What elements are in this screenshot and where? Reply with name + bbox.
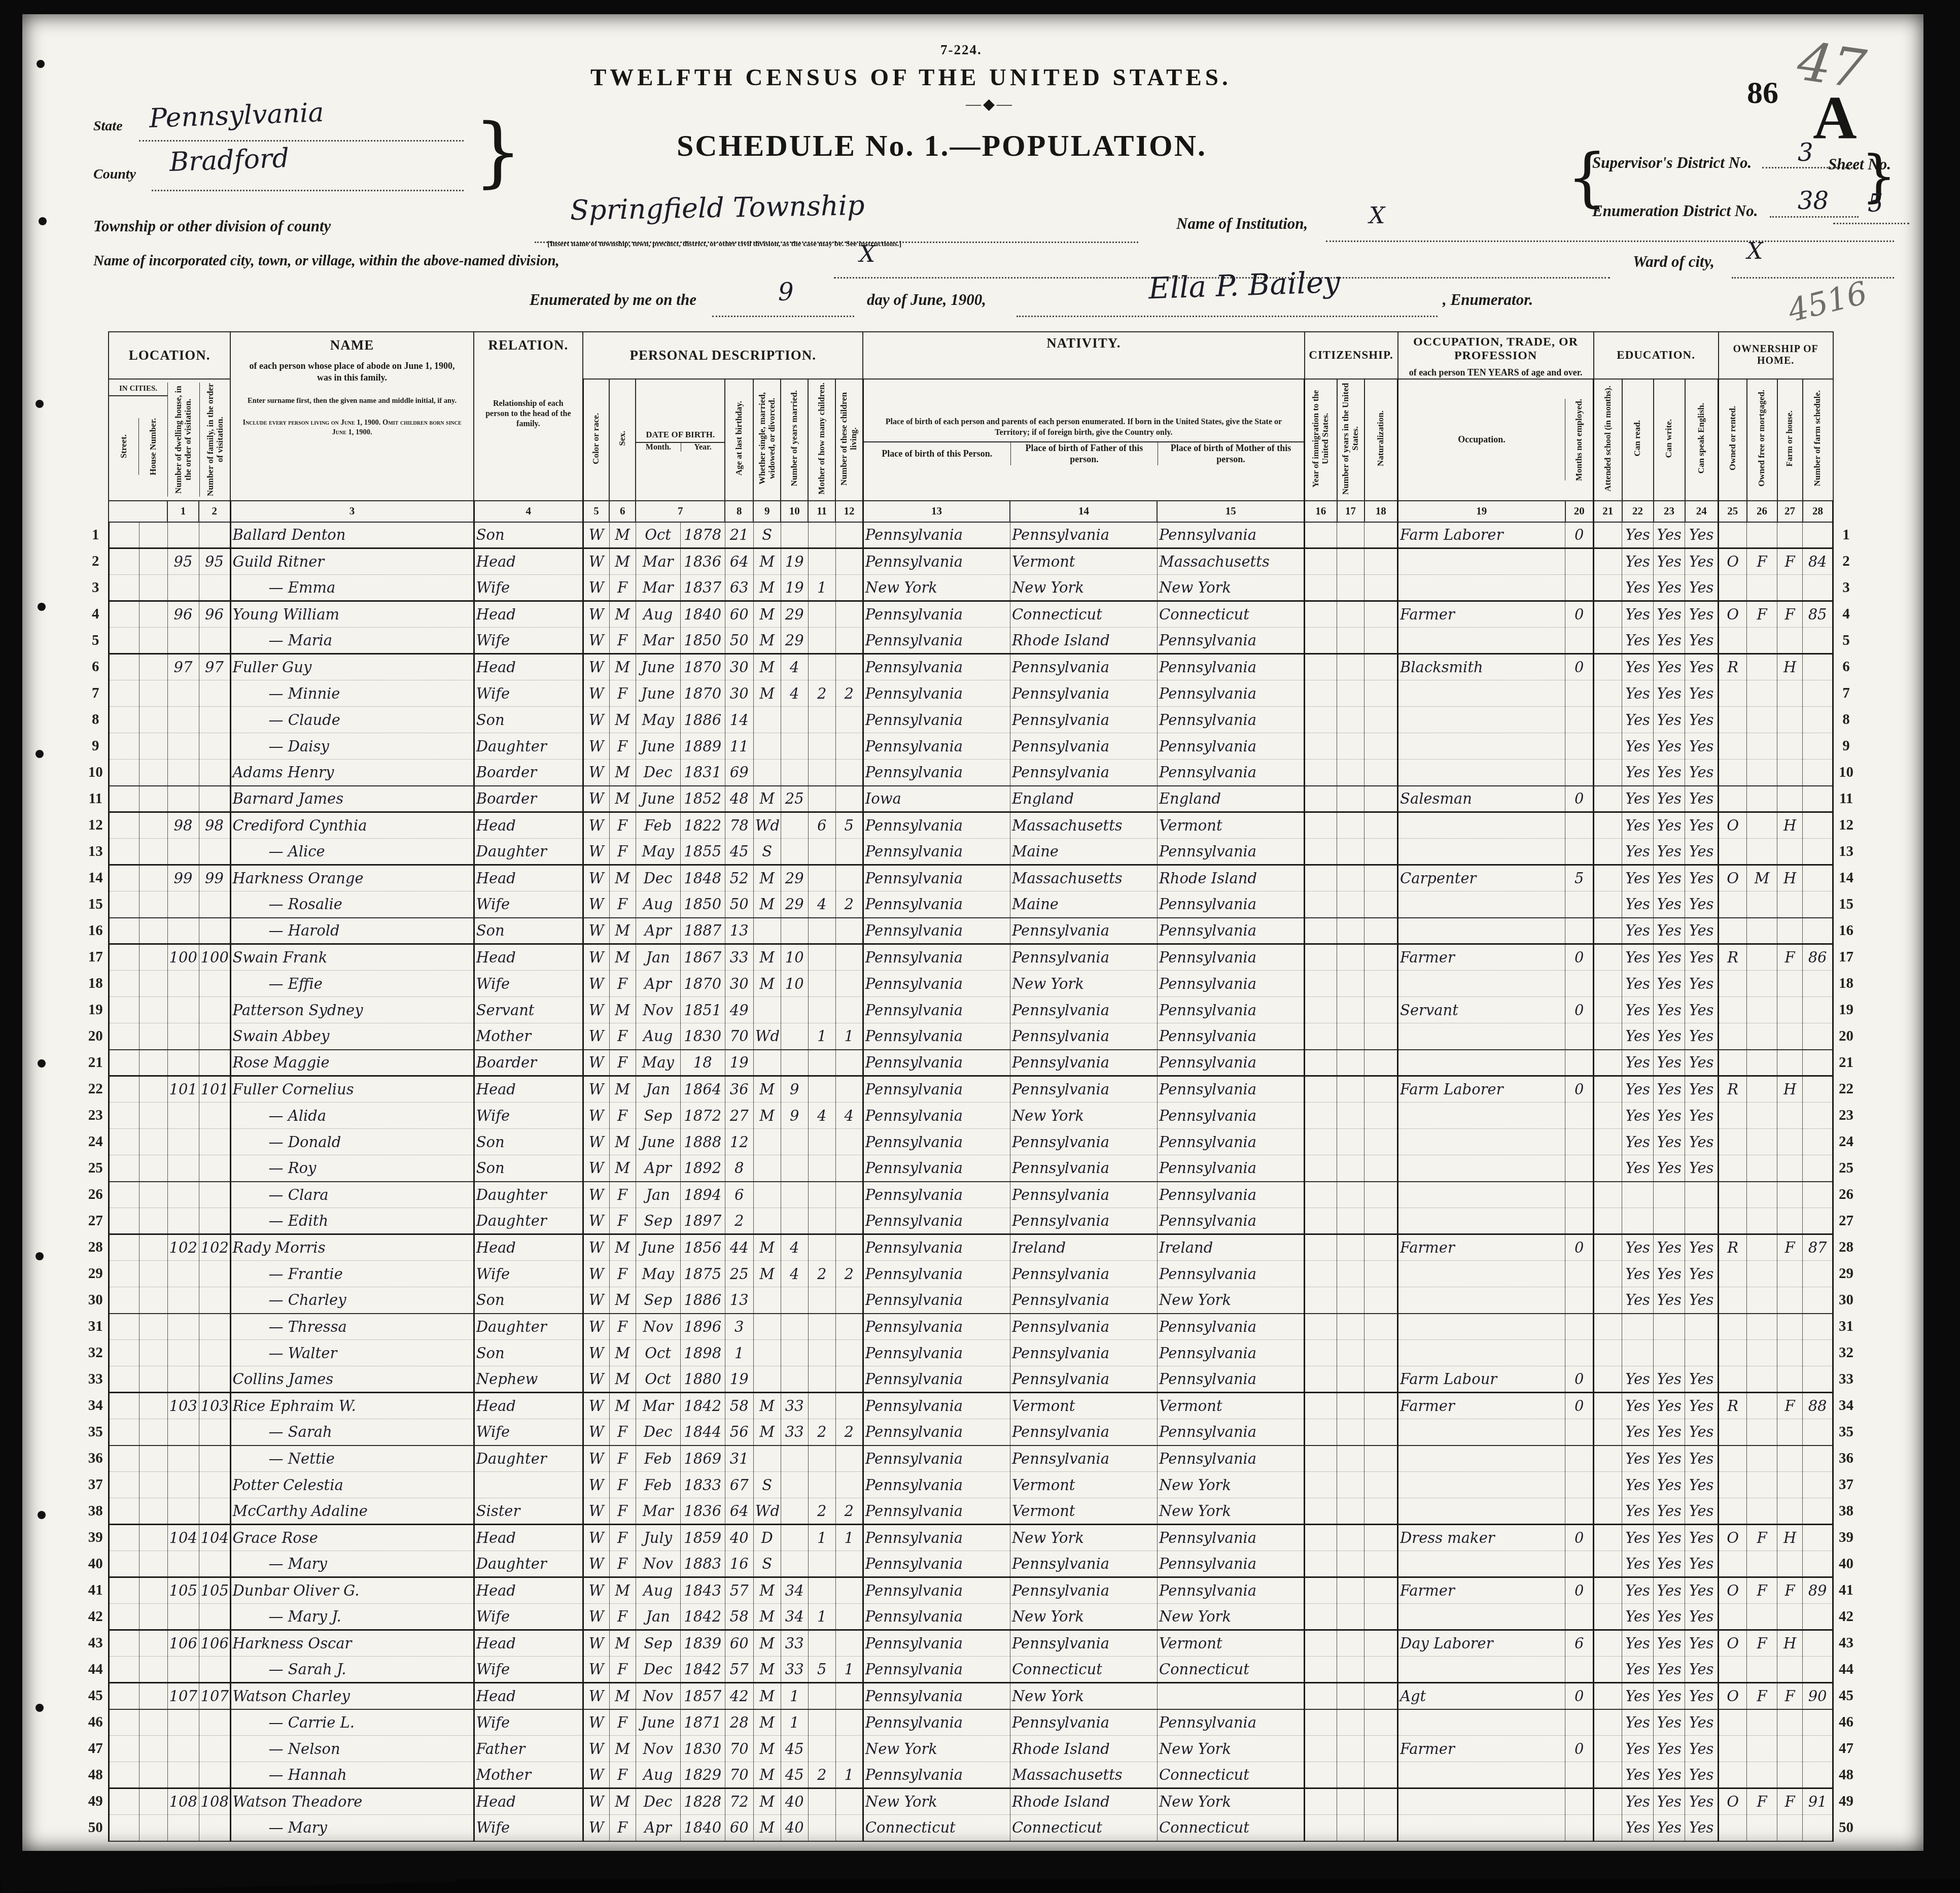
cell-children-living: [835, 1815, 863, 1841]
cell-family-number: [199, 1419, 230, 1445]
cell-mother-of-children: [808, 1340, 835, 1366]
cell-attended-school: [1594, 628, 1622, 654]
cell-birthplace-mother: New York: [1157, 1498, 1304, 1525]
cell-can-write: Yes: [1654, 971, 1685, 997]
row-number-left: 22: [83, 1076, 109, 1103]
cell-birthplace-person: Pennsylvania: [863, 1182, 1010, 1208]
cell-relation: Son: [474, 522, 583, 548]
cell-attended-school: [1594, 1287, 1622, 1314]
cell-street: [109, 1709, 139, 1736]
cell-owned-free-mortgaged: [1747, 786, 1777, 812]
cell-owned-free-mortgaged: F: [1747, 1788, 1777, 1815]
cell-children-living: [835, 1736, 863, 1762]
cell-birthplace-father: Connecticut: [1010, 1815, 1157, 1841]
cell-color: W: [583, 1577, 609, 1604]
cell-house-number: [139, 628, 167, 654]
cell-can-read: Yes: [1622, 786, 1654, 812]
cell-attended-school: [1594, 1815, 1622, 1841]
cell-owned-free-mortgaged: F: [1747, 601, 1777, 628]
cell-mother-of-children: [808, 865, 835, 891]
cell-house-number: [139, 944, 167, 971]
cell-owned-rented: [1719, 1261, 1747, 1287]
cell-can-write: Yes: [1654, 1788, 1685, 1815]
cell-dwelling-number: 96: [167, 601, 199, 628]
cell-months-not-employed: 0: [1565, 654, 1594, 680]
col-years-married: Number of years married.: [781, 379, 808, 501]
cell-age: 58: [725, 1393, 753, 1419]
cell-street: [109, 1815, 139, 1841]
cell-age: 64: [725, 548, 753, 575]
row-number-right: 11: [1833, 786, 1859, 812]
cell-birthplace-father: Pennsylvania: [1010, 1155, 1157, 1182]
cell-naturalization: [1364, 1419, 1398, 1445]
enumerator-name: Ella P. Bailey: [1148, 264, 1341, 305]
cell-birthplace-mother: Pennsylvania: [1157, 680, 1304, 707]
row-number-right: 36: [1833, 1445, 1859, 1472]
cell-house-number: [139, 1498, 167, 1525]
row-number-left: 17: [83, 944, 109, 971]
cell-marital-status: [753, 1314, 781, 1340]
cell-dwelling-number: [167, 1604, 199, 1630]
cell-can-speak-english: Yes: [1685, 548, 1719, 575]
cell-immigration-year: [1305, 865, 1337, 891]
cell-can-read: Yes: [1622, 997, 1654, 1023]
cell-years-married: 34: [781, 1577, 808, 1604]
cell-birthplace-person: Pennsylvania: [863, 865, 1010, 891]
dob-caption: DATE OF BIRTH.: [636, 428, 724, 443]
cell-birth-month: June: [636, 733, 680, 760]
cell-birthplace-mother: Pennsylvania: [1157, 971, 1304, 997]
cell-can-speak-english: Yes: [1685, 575, 1719, 601]
cell-months-not-employed: [1565, 971, 1594, 997]
cell-attended-school: [1594, 1551, 1622, 1577]
cell-months-not-employed: [1565, 1103, 1594, 1129]
cell-sex: M: [609, 522, 636, 548]
cell-age: 19: [725, 1050, 753, 1076]
cell-occupation: Dress maker: [1398, 1525, 1565, 1551]
cell-can-speak-english: Yes: [1685, 1683, 1719, 1709]
cell-house-number: [139, 1103, 167, 1129]
cell-mother-of-children: 2: [808, 680, 835, 707]
cell-birth-year: 1896: [680, 1314, 725, 1340]
cell-owned-rented: [1719, 1551, 1747, 1577]
cell-birthplace-father: Vermont: [1010, 548, 1157, 575]
cell-mother-of-children: 2: [808, 1419, 835, 1445]
cell-street: [109, 601, 139, 628]
row-number-left: 10: [83, 760, 109, 786]
cell-birthplace-person: New York: [863, 1788, 1010, 1815]
nativity-subheader: Place of birth of each person and parent…: [863, 379, 1304, 501]
row-number-left: 26: [83, 1182, 109, 1208]
row-number-right: 21: [1833, 1050, 1859, 1076]
cell-naturalization: [1364, 522, 1398, 548]
cell-birthplace-mother: Connecticut: [1157, 1815, 1304, 1841]
cell-farm-or-house: F: [1777, 1788, 1803, 1815]
cell-birthplace-person: Pennsylvania: [863, 1445, 1010, 1472]
cell-years-in-us: [1337, 1709, 1364, 1736]
cell-farm-schedule: [1803, 1182, 1833, 1208]
cell-can-write: [1654, 1314, 1685, 1340]
cell-can-speak-english: Yes: [1685, 944, 1719, 971]
cell-marital-status: [753, 1182, 781, 1208]
cell-naturalization: [1364, 1393, 1398, 1419]
row-number-left: 36: [83, 1445, 109, 1472]
cell-months-not-employed: 0: [1565, 1577, 1594, 1604]
cell-can-speak-english: Yes: [1685, 1050, 1719, 1076]
cell-can-speak-english: Yes: [1685, 1023, 1719, 1050]
cell-years-in-us: [1337, 1393, 1364, 1419]
cell-owned-free-mortgaged: [1747, 1604, 1777, 1630]
col-family-number: Number of family, in the order of visita…: [206, 383, 225, 497]
cell-can-write: Yes: [1654, 918, 1685, 944]
cell-children-living: 2: [835, 1498, 863, 1525]
cell-years-married: [781, 1525, 808, 1551]
cell-naturalization: [1364, 1657, 1398, 1683]
cell-house-number: [139, 1076, 167, 1103]
cell-mother-of-children: [808, 1076, 835, 1103]
cell-children-living: [835, 997, 863, 1023]
cell-age: 2: [725, 1208, 753, 1234]
cell-immigration-year: [1305, 1762, 1337, 1788]
cell-occupation: [1398, 680, 1565, 707]
cell-can-write: Yes: [1654, 628, 1685, 654]
row-number-right: 2: [1833, 548, 1859, 575]
cell-children-living: [835, 601, 863, 628]
cell-marital-status: M: [753, 1762, 781, 1788]
occupation-subheader: Occupation. Months not employed.: [1398, 379, 1594, 501]
cell-birthplace-mother: Pennsylvania: [1157, 1050, 1304, 1076]
cell-birth-month: May: [636, 1050, 680, 1076]
row-number-left: 32: [83, 1340, 109, 1366]
cell-color: W: [583, 865, 609, 891]
group-location: LOCATION.: [109, 332, 230, 379]
row-number-left: 46: [83, 1709, 109, 1736]
cell-can-write: Yes: [1654, 680, 1685, 707]
cell-birth-month: Dec: [636, 1657, 680, 1683]
cell-months-not-employed: [1565, 1314, 1594, 1340]
cell-dwelling-number: [167, 1445, 199, 1472]
cell-name: Collins James: [230, 1366, 474, 1393]
cell-birthplace-father: Maine: [1010, 839, 1157, 865]
cell-relation: Daughter: [474, 1208, 583, 1234]
cell-owned-free-mortgaged: [1747, 654, 1777, 680]
punch-hole: [36, 1704, 44, 1712]
cell-attended-school: [1594, 971, 1622, 997]
cell-owned-rented: [1719, 918, 1747, 944]
cell-birthplace-father: Connecticut: [1010, 1657, 1157, 1683]
cell-street: [109, 1762, 139, 1788]
cell-family-number: [199, 786, 230, 812]
cell-birthplace-person: Pennsylvania: [863, 1762, 1010, 1788]
cell-immigration-year: [1305, 1287, 1337, 1314]
ward-line: [1732, 269, 1894, 279]
cell-marital-status: S: [753, 1472, 781, 1498]
cell-house-number: [139, 812, 167, 839]
cell-house-number: [139, 760, 167, 786]
cell-years-married: [781, 1551, 808, 1577]
cell-farm-or-house: [1777, 575, 1803, 601]
cell-attended-school: [1594, 1736, 1622, 1762]
cell-attended-school: [1594, 918, 1622, 944]
cell-years-in-us: [1337, 1657, 1364, 1683]
cell-months-not-employed: [1565, 1815, 1594, 1841]
cell-farm-schedule: 85: [1803, 601, 1833, 628]
cell-age: 52: [725, 865, 753, 891]
cell-years-married: [781, 522, 808, 548]
cell-farm-or-house: [1777, 522, 1803, 548]
cell-immigration-year: [1305, 1630, 1337, 1657]
row-number-left: 14: [83, 865, 109, 891]
cell-street: [109, 839, 139, 865]
row-number-left: 16: [83, 918, 109, 944]
cell-months-not-employed: 0: [1565, 522, 1594, 548]
cell-can-write: Yes: [1654, 1393, 1685, 1419]
cell-street: [109, 1103, 139, 1129]
cell-marital-status: [753, 1445, 781, 1472]
cell-farm-or-house: [1777, 707, 1803, 733]
cell-years-married: 33: [781, 1419, 808, 1445]
cell-birth-month: Aug: [636, 1577, 680, 1604]
colnum: 12: [835, 501, 863, 522]
cell-family-number: 97: [199, 654, 230, 680]
enumerated-day-line: [712, 307, 854, 317]
cell-sex: M: [609, 1577, 636, 1604]
cell-street: [109, 1182, 139, 1208]
row-number-left: 19: [83, 997, 109, 1023]
cell-mother-of-children: [808, 1234, 835, 1261]
cell-can-read: [1622, 1182, 1654, 1208]
cell-owned-free-mortgaged: [1747, 1366, 1777, 1393]
cell-can-write: Yes: [1654, 1366, 1685, 1393]
cell-children-living: [835, 1129, 863, 1155]
cell-birthplace-father: Pennsylvania: [1010, 1445, 1157, 1472]
scan-edge-top: [0, 0, 1960, 15]
cell-immigration-year: [1305, 1551, 1337, 1577]
cell-house-number: [139, 654, 167, 680]
cell-farm-or-house: [1777, 1366, 1803, 1393]
cell-birthplace-person: Pennsylvania: [863, 601, 1010, 628]
cell-marital-status: Wd: [753, 1498, 781, 1525]
cell-children-living: 1: [835, 1762, 863, 1788]
cell-occupation: Carpenter: [1398, 865, 1565, 891]
cell-can-speak-english: Yes: [1685, 1103, 1719, 1129]
cell-can-write: Yes: [1654, 707, 1685, 733]
cell-can-speak-english: Yes: [1685, 1551, 1719, 1577]
cell-owned-free-mortgaged: [1747, 522, 1777, 548]
cell-birthplace-mother: Vermont: [1157, 1393, 1304, 1419]
cell-owned-rented: O: [1719, 601, 1747, 628]
cell-farm-schedule: 89: [1803, 1577, 1833, 1604]
row-number-left: 50: [83, 1815, 109, 1841]
cell-attended-school: [1594, 707, 1622, 733]
census-scan-page: { "header": { "form_no": "7-224.", "cens…: [0, 0, 1960, 1879]
cell-sex: F: [609, 1762, 636, 1788]
cell-years-in-us: [1337, 601, 1364, 628]
cell-dwelling-number: [167, 707, 199, 733]
cell-street: [109, 654, 139, 680]
row-number-right: 46: [1833, 1709, 1859, 1736]
cell-street: [109, 1050, 139, 1076]
cell-months-not-employed: [1565, 680, 1594, 707]
cell-mother-of-children: [808, 1129, 835, 1155]
cell-house-number: [139, 680, 167, 707]
cell-birth-year: 1859: [680, 1525, 725, 1551]
cell-naturalization: [1364, 733, 1398, 760]
cell-dwelling-number: 95: [167, 548, 199, 575]
group-ownership: OWNERSHIP OF HOME.: [1719, 332, 1833, 379]
cell-farm-or-house: [1777, 680, 1803, 707]
group-occupation: OCCUPATION, TRADE, OR PROFESSION of each…: [1398, 332, 1594, 379]
cell-naturalization: [1364, 1604, 1398, 1630]
cell-sex: M: [609, 918, 636, 944]
cell-mother-of-children: [808, 1683, 835, 1709]
cell-years-married: [781, 1155, 808, 1182]
cell-occupation: [1398, 971, 1565, 997]
table-row: 4 96 96 Young William Head W M Aug 1840 …: [83, 601, 1859, 628]
cell-sex: M: [609, 1788, 636, 1815]
cell-birth-month: Mar: [636, 1393, 680, 1419]
cell-owned-rented: [1719, 1287, 1747, 1314]
colnum: 16: [1305, 501, 1337, 522]
cell-birth-month: Mar: [636, 548, 680, 575]
row-number-right: 33: [1833, 1366, 1859, 1393]
cell-can-write: Yes: [1654, 1419, 1685, 1445]
cell-years-married: [781, 1023, 808, 1050]
cell-name: Fuller Guy: [230, 654, 474, 680]
cell-sex: M: [609, 786, 636, 812]
cell-family-number: 98: [199, 812, 230, 839]
cell-children-living: [835, 707, 863, 733]
cell-naturalization: [1364, 891, 1398, 918]
cell-years-in-us: [1337, 707, 1364, 733]
cell-years-married: 9: [781, 1076, 808, 1103]
name-desc1: of each person whose place of abode on J…: [241, 360, 463, 383]
cell-family-number: [199, 1445, 230, 1472]
cell-naturalization: [1364, 1340, 1398, 1366]
cell-owned-free-mortgaged: [1747, 971, 1777, 997]
cell-occupation: [1398, 1445, 1565, 1472]
cell-months-not-employed: [1565, 575, 1594, 601]
cell-immigration-year: [1305, 1604, 1337, 1630]
cell-months-not-employed: [1565, 1340, 1594, 1366]
cell-years-married: 10: [781, 944, 808, 971]
cell-birthplace-mother: Pennsylvania: [1157, 1340, 1304, 1366]
cell-can-write: Yes: [1654, 1657, 1685, 1683]
cell-mother-of-children: [808, 1577, 835, 1604]
cell-owned-free-mortgaged: [1747, 1182, 1777, 1208]
cell-naturalization: [1364, 1736, 1398, 1762]
cell-children-living: [835, 839, 863, 865]
cell-can-write: Yes: [1654, 1472, 1685, 1498]
ward-label: Ward of city,: [1633, 253, 1714, 271]
cell-farm-or-house: [1777, 971, 1803, 997]
table-row: 49 108 108 Watson Theadore Head W M Dec …: [83, 1788, 1859, 1815]
cell-children-living: [835, 575, 863, 601]
punch-hole: [38, 1511, 46, 1519]
cell-name: — Claude: [230, 707, 474, 733]
cell-family-number: [199, 997, 230, 1023]
cell-age: 57: [725, 1577, 753, 1604]
cell-owned-free-mortgaged: [1747, 1076, 1777, 1103]
cell-years-married: [781, 1129, 808, 1155]
table-row: 50 — Mary Wife W F Apr 1840 60 M 40 Conn…: [83, 1815, 1859, 1841]
cell-marital-status: M: [753, 1657, 781, 1683]
name-desc3: Include every person living on June 1, 1…: [239, 418, 465, 437]
cell-dwelling-number: [167, 1419, 199, 1445]
cell-relation: Father: [474, 1736, 583, 1762]
cell-birth-month: Apr: [636, 1815, 680, 1841]
cell-occupation: [1398, 1340, 1565, 1366]
cell-children-living: [835, 1182, 863, 1208]
cell-dwelling-number: [167, 1762, 199, 1788]
cell-marital-status: M: [753, 1630, 781, 1657]
cell-mother-of-children: [808, 1208, 835, 1234]
cell-birth-year: 1875: [680, 1261, 725, 1287]
cell-relation: Mother: [474, 1023, 583, 1050]
cell-years-married: [781, 1498, 808, 1525]
cell-sex: M: [609, 1287, 636, 1314]
cell-can-read: Yes: [1622, 1023, 1654, 1050]
cell-sex: F: [609, 1472, 636, 1498]
cell-relation: Son: [474, 1155, 583, 1182]
cell-age: 72: [725, 1788, 753, 1815]
cell-color: W: [583, 1208, 609, 1234]
cell-occupation: [1398, 1657, 1565, 1683]
cell-name: Rady Morris: [230, 1234, 474, 1261]
cell-age: 14: [725, 707, 753, 733]
cell-occupation: [1398, 575, 1565, 601]
cell-years-in-us: [1337, 1023, 1364, 1050]
cell-farm-schedule: [1803, 1709, 1833, 1736]
cell-immigration-year: [1305, 1445, 1337, 1472]
cell-months-not-employed: [1565, 918, 1594, 944]
cell-occupation: [1398, 1208, 1565, 1234]
cell-relation: Wife: [474, 1815, 583, 1841]
cell-attended-school: [1594, 575, 1622, 601]
cell-can-speak-english: Yes: [1685, 733, 1719, 760]
cell-birthplace-person: Pennsylvania: [863, 1155, 1010, 1182]
cell-mother-of-children: 4: [808, 891, 835, 918]
row-number-left: 48: [83, 1762, 109, 1788]
cell-name: — Walter: [230, 1340, 474, 1366]
cell-can-speak-english: Yes: [1685, 865, 1719, 891]
group-nativity: NATIVITY.: [863, 332, 1304, 379]
cell-family-number: [199, 1709, 230, 1736]
cell-birthplace-mother: Pennsylvania: [1157, 1314, 1304, 1340]
cell-birthplace-person: Pennsylvania: [863, 707, 1010, 733]
cell-house-number: [139, 1657, 167, 1683]
cell-can-speak-english: Yes: [1685, 522, 1719, 548]
cell-family-number: [199, 1155, 230, 1182]
cell-months-not-employed: [1565, 733, 1594, 760]
cell-house-number: [139, 1340, 167, 1366]
cell-sex: F: [609, 1551, 636, 1577]
table-row: 38 McCarthy Adaline Sister W F Mar 1836 …: [83, 1498, 1859, 1525]
cell-months-not-employed: [1565, 1657, 1594, 1683]
cell-birth-month: Jan: [636, 944, 680, 971]
cell-birth-year: 1828: [680, 1788, 725, 1815]
cell-farm-schedule: [1803, 812, 1833, 839]
cell-children-living: [835, 1472, 863, 1498]
col-occupation: Occupation.: [1398, 399, 1565, 481]
cell-marital-status: [753, 997, 781, 1023]
cell-owned-free-mortgaged: [1747, 575, 1777, 601]
cell-can-read: Yes: [1622, 1234, 1654, 1261]
cell-can-read: Yes: [1622, 1129, 1654, 1155]
col-age: Age at last birthday.: [725, 379, 753, 501]
cell-years-in-us: [1337, 733, 1364, 760]
cell-owned-rented: [1719, 733, 1747, 760]
